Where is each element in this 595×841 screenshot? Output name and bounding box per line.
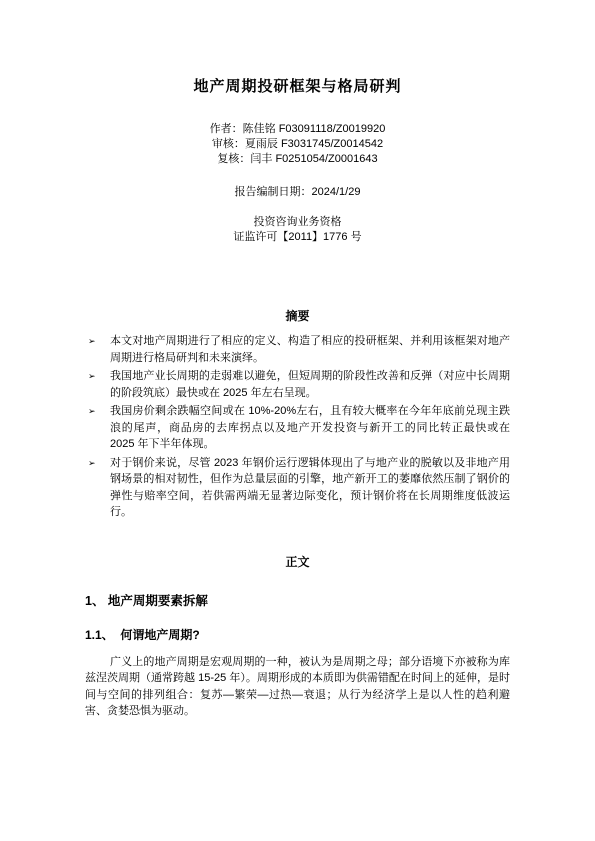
abstract-bullet-1-text: 本文对地产周期进行了相应的定义、构造了相应的投研框架、并利用该框架对地产周期进行… xyxy=(110,333,510,366)
rechecker-line: 复核：闫丰 F0251054/Z0001643 xyxy=(85,152,510,167)
abstract-bullet-list: ➢ 本文对地产周期进行了相应的定义、构造了相应的投研框架、并利用该框架对地产周期… xyxy=(85,333,510,521)
section-1-heading: 1、 地产周期要素拆解 xyxy=(85,593,510,609)
qualification-line-2: 证监许可【2011】1776 号 xyxy=(85,230,510,245)
abstract-bullet-4-text: 对于钢价来说，尽管 2023 年钢价运行逻辑体现出了与地产业的脱敏以及非地产用钢… xyxy=(110,455,510,521)
report-page: 地产周期投研框架与格局研判 作者：陈佳铭 F03091118/Z0019920 … xyxy=(0,0,595,841)
abstract-bullet-3-text: 我国房价剩余跌幅空间或在 10%-20%左右，且有较大概率在今年年底前兑现主跌浪… xyxy=(110,403,510,453)
arrow-bullet-icon: ➢ xyxy=(85,455,110,521)
subsection-1-1-heading: 1.1、 何谓地产周期? xyxy=(85,627,510,643)
report-date-line: 报告编制日期：2024/1/29 xyxy=(85,185,510,200)
arrow-bullet-icon: ➢ xyxy=(85,368,110,401)
arrow-bullet-icon: ➢ xyxy=(85,403,110,453)
subsection-1-1-paragraph: 广义上的地产周期是宏观周期的一种，被认为是周期之母；部分语境下亦被称为库兹涅茨周… xyxy=(85,654,510,720)
abstract-bullet-2-text: 我国地产业长周期的走弱难以避免，但短周期的阶段性改善和反弹（对应中长周期的阶段筑… xyxy=(110,368,510,401)
qualification-block: 投资咨询业务资格 证监许可【2011】1776 号 xyxy=(85,215,510,245)
reviewer-line: 审核：夏雨辰 F3031745/Z0014542 xyxy=(85,137,510,152)
abstract-heading: 摘要 xyxy=(85,309,510,324)
abstract-bullet-2: ➢ 我国地产业长周期的走弱难以避免，但短周期的阶段性改善和反弹（对应中长周期的阶… xyxy=(85,368,510,401)
qualification-line-1: 投资咨询业务资格 xyxy=(85,215,510,230)
arrow-bullet-icon: ➢ xyxy=(85,333,110,366)
abstract-bullet-4: ➢ 对于钢价来说，尽管 2023 年钢价运行逻辑体现出了与地产业的脱敏以及非地产… xyxy=(85,455,510,521)
author-meta-block: 作者：陈佳铭 F03091118/Z0019920 审核：夏雨辰 F303174… xyxy=(85,122,510,167)
author-line: 作者：陈佳铭 F03091118/Z0019920 xyxy=(85,122,510,137)
abstract-bullet-3: ➢ 我国房价剩余跌幅空间或在 10%-20%左右，且有较大概率在今年年底前兑现主… xyxy=(85,403,510,453)
document-title: 地产周期投研框架与格局研判 xyxy=(85,78,510,96)
body-heading: 正文 xyxy=(85,555,510,570)
abstract-bullet-1: ➢ 本文对地产周期进行了相应的定义、构造了相应的投研框架、并利用该框架对地产周期… xyxy=(85,333,510,366)
